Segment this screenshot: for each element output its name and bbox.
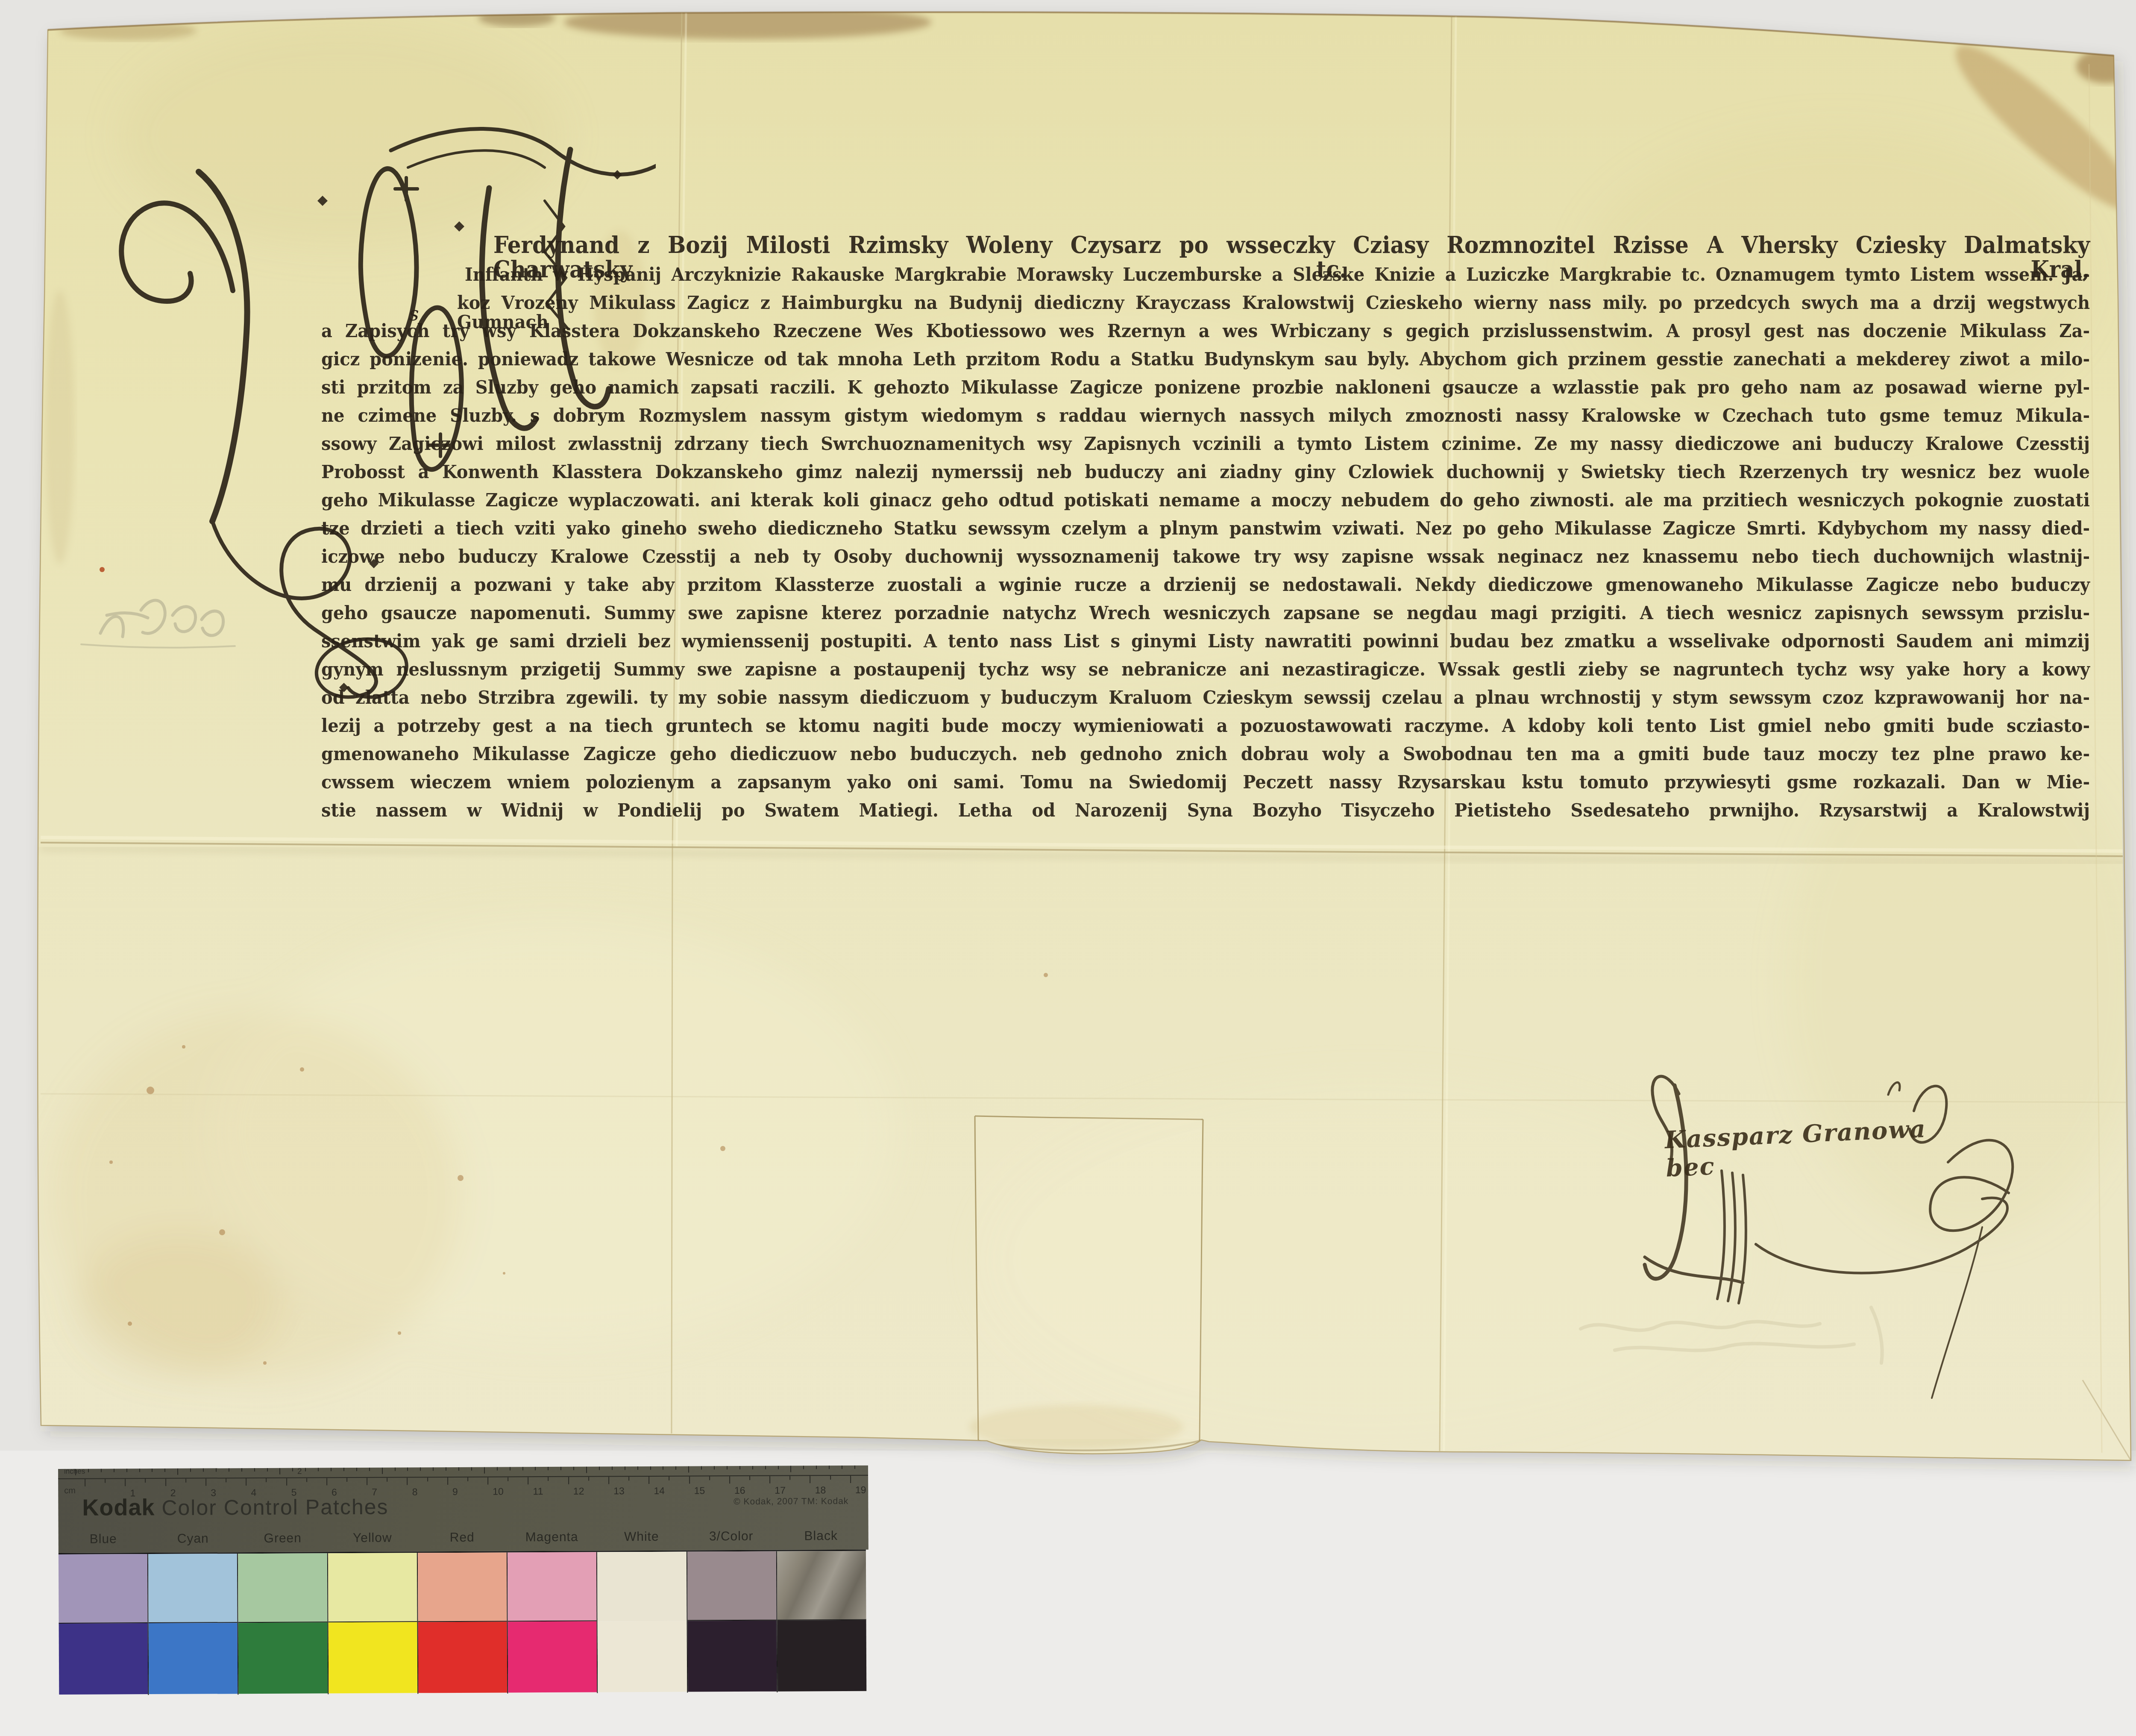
red-wax-speck — [100, 567, 105, 572]
inch-tick — [382, 1468, 383, 1474]
patch-3-color-solid — [687, 1621, 777, 1692]
cm-ruler-number: 9 — [452, 1486, 458, 1498]
inch-tick — [778, 1466, 778, 1469]
patch-label-red: Red — [417, 1530, 507, 1545]
patch-label-green: Green — [238, 1531, 328, 1546]
patch-green-solid — [238, 1622, 328, 1694]
cm-half-tick — [669, 1477, 669, 1480]
cm-ruler-number: 13 — [613, 1485, 625, 1497]
cm-tick — [286, 1478, 287, 1486]
inch-tick — [727, 1466, 728, 1469]
inch-tick — [739, 1466, 740, 1469]
patch-white-pale — [597, 1552, 687, 1621]
inch-tick — [471, 1467, 472, 1471]
inch-tick — [254, 1468, 255, 1472]
inch-tick — [318, 1468, 319, 1471]
cm-ruler-number: 11 — [533, 1486, 543, 1497]
manuscript-line-14: geho gsaucze napomenuti. Summy swe zapis… — [321, 604, 2090, 623]
kodak-logo-text: Kodak — [82, 1495, 155, 1521]
patch-labels-row: BlueCyanGreenYellowRedMagentaWhite3/Colo… — [59, 1529, 866, 1547]
patch-yellow-pale — [328, 1553, 417, 1622]
patch-column-cyan — [147, 1554, 238, 1695]
patch-magenta-solid — [508, 1621, 597, 1693]
cm-half-tick — [427, 1478, 428, 1481]
cm-tick — [850, 1476, 851, 1483]
inch-tick — [650, 1466, 651, 1470]
patch-3-color-pale — [687, 1551, 776, 1621]
kodak-title-rest: Color Control Patches — [155, 1495, 388, 1520]
manuscript-line-18: lezij a potrzeby gest a na tiech gruntec… — [321, 717, 2090, 736]
inch-tick — [369, 1468, 370, 1471]
manuscript-line-19: gmenowaneho Mikulasse Zagicze geho diedi… — [321, 745, 2090, 764]
parchment-mottling — [51, 26, 2136, 1440]
manuscript-line-9: Probosst a Konwenth Klasstera Dokzanskeh… — [321, 463, 2090, 482]
cm-tick — [487, 1478, 488, 1485]
inch-tick — [535, 1467, 536, 1470]
manuscript-line-4: a Zapisych try wsy Klasstera Dokzanskeho… — [321, 322, 2090, 341]
cm-tick — [528, 1477, 528, 1484]
inch-tick — [484, 1467, 485, 1474]
cm-half-tick — [709, 1476, 710, 1480]
cm-tick — [689, 1477, 690, 1484]
patch-column-white — [596, 1552, 687, 1693]
patch-label-black: Black — [776, 1529, 866, 1544]
cm-tick — [205, 1478, 206, 1486]
kodak-title: Kodak Color Control Patches — [82, 1493, 388, 1521]
patch-label-blue: Blue — [59, 1532, 148, 1547]
patch-column-yellow — [327, 1553, 418, 1694]
inch-tick — [586, 1467, 587, 1473]
inch-tick — [229, 1468, 229, 1472]
inch-tick — [765, 1466, 766, 1469]
manuscript-line-3: koz Vrozeny Mikulass Zagicz z Haimburgku… — [457, 294, 2090, 332]
cm-ruler-number: 19 — [855, 1484, 866, 1496]
cm-ruler-label: cm — [64, 1486, 76, 1496]
manuscript-line-13: mu drzienij a pozwani y take aby przitom… — [321, 576, 2090, 595]
cm-half-tick — [185, 1479, 186, 1483]
inch-tick — [752, 1466, 753, 1469]
inch-tick — [573, 1467, 574, 1470]
manuscript-line-11: tze drzieti a tiech vziti yako gineho sw… — [321, 519, 2090, 538]
cm-ruler-number: 15 — [694, 1485, 705, 1496]
patch-blue-pale — [59, 1554, 148, 1624]
signature-flourish — [1615, 1043, 2068, 1419]
cm-tick — [447, 1478, 448, 1485]
inch-tick — [203, 1469, 204, 1472]
inch-tick — [816, 1466, 817, 1469]
patch-red-pale — [418, 1552, 507, 1622]
patch-cyan-solid — [149, 1623, 238, 1694]
patch-black-pale — [777, 1551, 866, 1621]
inch-tick — [114, 1469, 114, 1472]
cm-half-tick — [226, 1478, 226, 1482]
inch-tick — [548, 1467, 549, 1470]
cm-half-tick — [830, 1476, 831, 1480]
patch-blue-solid — [59, 1623, 148, 1695]
cm-tick — [85, 1479, 85, 1486]
patch-label-white: White — [597, 1530, 687, 1545]
patch-column-blue — [59, 1554, 148, 1695]
cm-ruler-number: 14 — [654, 1485, 665, 1497]
cm-half-tick — [628, 1477, 629, 1480]
inch-tick — [675, 1466, 676, 1470]
foxing-specks — [109, 973, 1048, 1365]
inch-tick — [688, 1466, 689, 1473]
patch-magenta-pale — [508, 1552, 597, 1622]
patch-red-solid — [418, 1621, 507, 1693]
inch-tick — [267, 1468, 267, 1472]
inch-tick — [420, 1467, 421, 1471]
cm-tick — [125, 1479, 126, 1486]
inch-tick — [701, 1466, 702, 1469]
patch-label-3-color: 3/Color — [687, 1529, 776, 1544]
manuscript-line-6: sti przitom za Sluzby geho namich zapsat… — [321, 378, 2090, 397]
cm-ruler-number: 10 — [493, 1486, 504, 1497]
cm-half-tick — [508, 1477, 508, 1481]
ghost-ink-offset — [1581, 1307, 1882, 1363]
inch-tick — [446, 1467, 446, 1471]
cm-half-tick — [346, 1478, 347, 1482]
seal-tab — [977, 1118, 1201, 1439]
kodak-color-target: inches 2 cm 1234567891011121314151617181… — [58, 1466, 869, 1694]
inch-tick — [75, 1469, 76, 1475]
parchment-top-edge — [48, 12, 2114, 56]
seal-tab-cut — [975, 1116, 1203, 1451]
manuscript-line-16: gynym neslussnym przigetij Summy swe zap… — [321, 660, 2090, 679]
inch-ruler-number: 2 — [297, 1467, 302, 1477]
inch-tick — [663, 1466, 663, 1470]
inch-tick — [177, 1469, 178, 1475]
cm-half-tick — [145, 1479, 146, 1483]
inch-tick — [790, 1466, 791, 1472]
signature-text: Kassparz Granowa bec — [1664, 1115, 1931, 1183]
inch-tick — [522, 1467, 523, 1470]
inch-tick — [190, 1469, 191, 1472]
manuscript-text-block: Ferdynand z Bozij Milosti Rzimsky Woleny… — [0, 0, 2136, 897]
manuscript-line-8: ssowy Zagiczowi milost zwlasstnij zdrzan… — [321, 435, 2090, 454]
inch-tick — [407, 1467, 408, 1471]
fold-creases — [41, 13, 2131, 1460]
patch-label-cyan: Cyan — [148, 1531, 238, 1546]
cm-half-tick — [467, 1478, 468, 1481]
inch-tick — [164, 1469, 165, 1472]
inch-tick — [458, 1467, 459, 1471]
inch-tick — [216, 1468, 217, 1472]
inch-tick — [433, 1467, 434, 1471]
manuscript-line-1: Ferdynand z Bozij Milosti Rzimsky Woleny… — [493, 233, 2090, 281]
inch-tick — [139, 1469, 140, 1472]
cm-ruler-number: 8 — [412, 1486, 418, 1498]
patch-yellow-solid — [328, 1622, 417, 1693]
inch-tick — [101, 1469, 102, 1472]
parchment-sheet — [38, 12, 2131, 1460]
inch-tick — [331, 1468, 332, 1471]
patch-green-pale — [238, 1553, 327, 1623]
manuscript-line-21: stie nassem w Widnij w Pondielij po Swat… — [321, 801, 2090, 820]
cm-ruler-number: 17 — [775, 1485, 786, 1496]
patch-column-black — [776, 1551, 867, 1692]
patch-label-magenta: Magenta — [507, 1530, 597, 1545]
cm-tick — [246, 1478, 246, 1486]
inch-tick — [126, 1469, 127, 1472]
patch-label-yellow: Yellow — [328, 1530, 417, 1545]
cm-half-tick — [749, 1476, 750, 1480]
parchment-shadow — [42, 18, 2135, 1466]
monogram-s-glyph: s — [409, 302, 419, 325]
cm-tick — [367, 1478, 367, 1485]
inch-tick — [714, 1466, 715, 1469]
inch-tick — [343, 1468, 344, 1471]
cm-half-tick — [789, 1476, 790, 1480]
cm-tick — [729, 1476, 730, 1483]
faint-pencil-inscription — [81, 600, 235, 648]
manuscript-line-10: geho Mikulasse Zagicze wyplaczowati. ani… — [321, 491, 2090, 510]
inch-tick — [612, 1466, 613, 1470]
cm-ruler-number: 16 — [734, 1485, 745, 1496]
inch-tick — [88, 1469, 89, 1472]
patch-column-red — [417, 1552, 508, 1694]
cm-half-tick — [548, 1477, 549, 1481]
patch-cyan-pale — [148, 1554, 238, 1623]
cm-ruler-number: 18 — [815, 1484, 826, 1496]
inch-tick — [241, 1468, 242, 1472]
ornate-initial-monogram: s — [92, 60, 656, 701]
manuscript-line-17: od zlatta nebo Strzibra zgewili. ty my s… — [321, 688, 2090, 708]
kodak-copyright: © Kodak, 2007 TM: Kodak — [734, 1496, 848, 1507]
cm-tick — [568, 1477, 569, 1484]
cm-tick — [769, 1476, 770, 1483]
cm-half-tick — [266, 1478, 267, 1482]
cm-half-tick — [387, 1478, 387, 1482]
cm-ruler-number: 12 — [573, 1486, 584, 1497]
manuscript-line-5: gicz ponizenie. poniewadz takowe Wesnicz… — [321, 350, 2090, 369]
patch-black-solid — [777, 1620, 866, 1692]
cm-tick — [407, 1478, 408, 1485]
monogram-diamond-dots — [317, 170, 622, 692]
manuscript-line-15: ssenstwim yak ge sami drzieli bez wymien… — [321, 632, 2090, 651]
inch-tick — [560, 1467, 561, 1470]
inch-tick — [152, 1469, 153, 1472]
inch-tick — [279, 1468, 280, 1475]
inch-tick — [625, 1466, 625, 1470]
inch-tick — [842, 1466, 842, 1469]
inch-tick — [356, 1468, 357, 1471]
patch-grid — [59, 1550, 866, 1695]
inch-tick — [637, 1466, 638, 1470]
patch-column-green — [237, 1553, 328, 1695]
kodak-panel: inches 2 cm 1234567891011121314151617181… — [58, 1466, 868, 1553]
manuscript-line-2: Inffanth w Hyspanij Arczyknizie Rakauske… — [465, 265, 2090, 285]
manuscript-line-12: iczowe nebo buduczy Kralowe Czesstij a n… — [321, 547, 2090, 567]
inch-tick — [510, 1467, 511, 1470]
inch-tick — [599, 1466, 600, 1470]
inch-tick — [829, 1466, 830, 1469]
inch-tick — [497, 1467, 498, 1471]
inch-tick — [292, 1468, 293, 1472]
cm-tick — [648, 1477, 649, 1484]
patch-column-3-color — [686, 1551, 777, 1693]
cm-tick — [165, 1479, 166, 1486]
patch-column-magenta — [507, 1552, 597, 1694]
cm-tick — [608, 1477, 609, 1484]
manuscript-line-20: cwssem wieczem wniem polozienym a zapsan… — [321, 773, 2090, 792]
patch-white-solid — [598, 1621, 687, 1692]
cm-half-tick — [105, 1479, 106, 1483]
stains — [45, 5, 2136, 1449]
inch-tick — [803, 1466, 804, 1469]
inch-tick — [305, 1468, 306, 1471]
cm-tick — [810, 1476, 810, 1483]
cm-half-tick — [306, 1478, 307, 1482]
inch-tick — [854, 1466, 855, 1469]
inch-tick — [394, 1468, 395, 1471]
cm-tick — [326, 1478, 327, 1485]
cm-half-tick — [588, 1477, 589, 1481]
manuscript-line-7: ne czimene Sluzby. s dobrym Rozmyslem na… — [321, 406, 2090, 426]
